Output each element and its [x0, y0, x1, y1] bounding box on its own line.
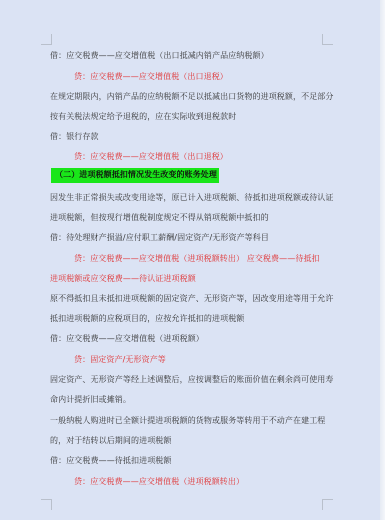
paragraph-line: 因发生非正常损失或改变用途等，原已计入进项税额、待抵扣进项税额或待认证: [50, 193, 334, 203]
paragraph-line: 命内计提折旧或摊销。: [50, 395, 131, 405]
document-page: 借：应交税费——应交增值税（出口抵减内销产品应纳税额） 贷：应交税费——应交增值…: [0, 0, 380, 520]
page-corner-mark-bottom-left: [41, 499, 52, 510]
debit-entry-line: 借：应交税费——待抵扣进项税额: [50, 456, 172, 466]
paragraph-line: 进项税额，但按现行增值税制度规定不得从销项税额中抵扣的: [50, 213, 269, 223]
page-corner-mark-top-left: [41, 34, 52, 45]
paragraph-line: 在规定期限内，内销产品的应纳税额不足以抵减出口货物的进项税额，不足部分: [50, 92, 334, 102]
paragraph-line: 固定资产、无形资产等经上述调整后，应按调整后的账面价值在剩余尚可使用寿: [50, 375, 334, 385]
paragraph-line: 按有关税法规定给予退税的，应在实际收到退税款时: [50, 112, 236, 122]
credit-entry-line: 贷：应交税费——应交增值税（出口退税）: [74, 152, 228, 162]
paragraph-line: 抵扣进项税额的应税项目的，应按允许抵扣的进项税额: [50, 314, 244, 324]
credit-entry-line: 贷：应交税费——应交增值税（进项税额转出） 应交税费——待抵扣: [74, 254, 320, 264]
debit-entry-line: 借：应交税费——应交增值税（出口抵减内销产品应纳税额）: [50, 51, 269, 61]
credit-entry-line: 贷：固定资产/无形资产等: [74, 355, 166, 365]
page-corner-mark-top-right: [322, 34, 333, 45]
page-corner-mark-bottom-right: [322, 499, 333, 510]
debit-entry-line: 借：银行存款: [50, 132, 99, 142]
section-heading: （二）进项税额抵扣情况发生改变的账务处理: [51, 168, 219, 183]
credit-entry-line: 贷：应交税费——应交增值税（进项税额转出）: [74, 477, 244, 487]
debit-entry-line: 借：待处理财产损溢/应付职工薪酬/固定资产/无形资产等科目: [50, 233, 269, 243]
page-edge-shadow: [380, 0, 385, 520]
paragraph-line: 原不得抵扣且未抵扣进项税额的固定资产、无形资产等，因改变用途等用于允许: [50, 294, 334, 304]
paragraph-line: 一般纳税人购进时已全额计提进项税额的货物或服务等转用于不动产在建工程: [50, 416, 325, 426]
credit-entry-line: 贷：应交税费——应交增值税（出口退税）: [74, 72, 228, 82]
debit-entry-line: 借：应交税费——应交增值税（进项税额）: [50, 334, 204, 344]
credit-entry-continuation: 进项税额或应交税费——待认证进项税额: [50, 274, 196, 284]
paragraph-line: 的，对于结转以后期间的进项税额: [50, 436, 172, 446]
